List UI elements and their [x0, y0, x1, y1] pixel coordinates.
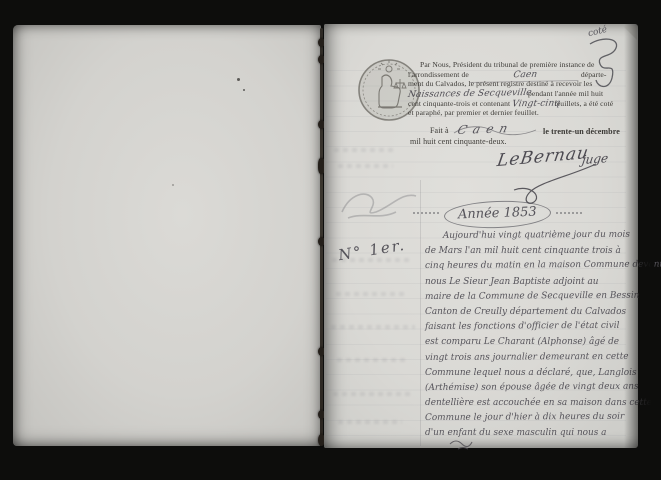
printed-opening-formula: Par Nous, Président du tribunal de premi… [408, 60, 630, 118]
scanned-register-page: coté Par Nous, Président du tribunal de … [0, 0, 661, 480]
left-page [13, 25, 321, 446]
record-line: Commune lequel nous a déclaré, que, Lang… [425, 368, 637, 383]
page-edge-shadow [624, 24, 654, 448]
paper-speck [172, 184, 174, 186]
record-line: nous Le Sieur Jean Baptiste adjoint au [425, 277, 637, 292]
year-heading: Année 1853 [408, 201, 584, 228]
bleedthrough-mark [333, 392, 411, 396]
printed-line: Par Nous, Président du tribunal de premi… [408, 60, 630, 70]
bleedthrough-mark [338, 420, 402, 424]
printed-line: Naissances de Secqueville pendant l'anné… [408, 89, 630, 99]
paper-speck [243, 89, 245, 91]
paper-speck [237, 78, 240, 81]
year-text: Année 1853 [458, 205, 537, 223]
bleedthrough-mark [336, 292, 408, 296]
flourish-dash [413, 212, 439, 214]
record-line: (Arthémise) son épouse âgée de vingt deu… [425, 382, 637, 398]
flourish-dash [556, 212, 582, 214]
fait-city-flourish-icon [452, 124, 538, 138]
record-line: est comparu Le Charant (Alphonse) âgé de [425, 337, 637, 352]
bleedthrough-mark [338, 164, 393, 168]
printed-line: et paraphé, par premier et dernier feuil… [408, 108, 630, 118]
record-line: vingt trois ans journalier demeurant en … [425, 351, 637, 367]
date-line: le trente-un décembre [543, 127, 620, 137]
printed-line: cent cinquante-trois et contenant Vingt-… [408, 99, 630, 109]
catchword-flourish-icon [448, 438, 474, 452]
bleedthrough-mark [337, 358, 407, 362]
record-line: maire de la Commune de Secqueville en Be… [425, 290, 637, 306]
printed-line: l'arrondissement de Caen départe- [408, 70, 630, 80]
record-line: Commune le jour d'hier à dix heures du s… [425, 412, 637, 428]
year-oval-flourish: Année 1853 [444, 199, 552, 230]
record-line: cinq heures du matin en la maison Commun… [425, 260, 637, 276]
bleedthrough-mark [334, 148, 396, 152]
record-line: Aujourd'hui vingt quatrième jour du mois [425, 230, 637, 246]
record-line: faisant les fonctions d'officier de l'ét… [425, 321, 637, 337]
birth-record-text: Aujourd'hui vingt quatrième jour du mois… [425, 231, 639, 444]
bleedthrough-mark [331, 325, 415, 329]
fait-a-label: Fait à [430, 126, 449, 136]
record-line: Canton de Creully département du Calvado… [425, 307, 637, 322]
date-line: mil huit cent cinquante-deux. [410, 137, 507, 147]
